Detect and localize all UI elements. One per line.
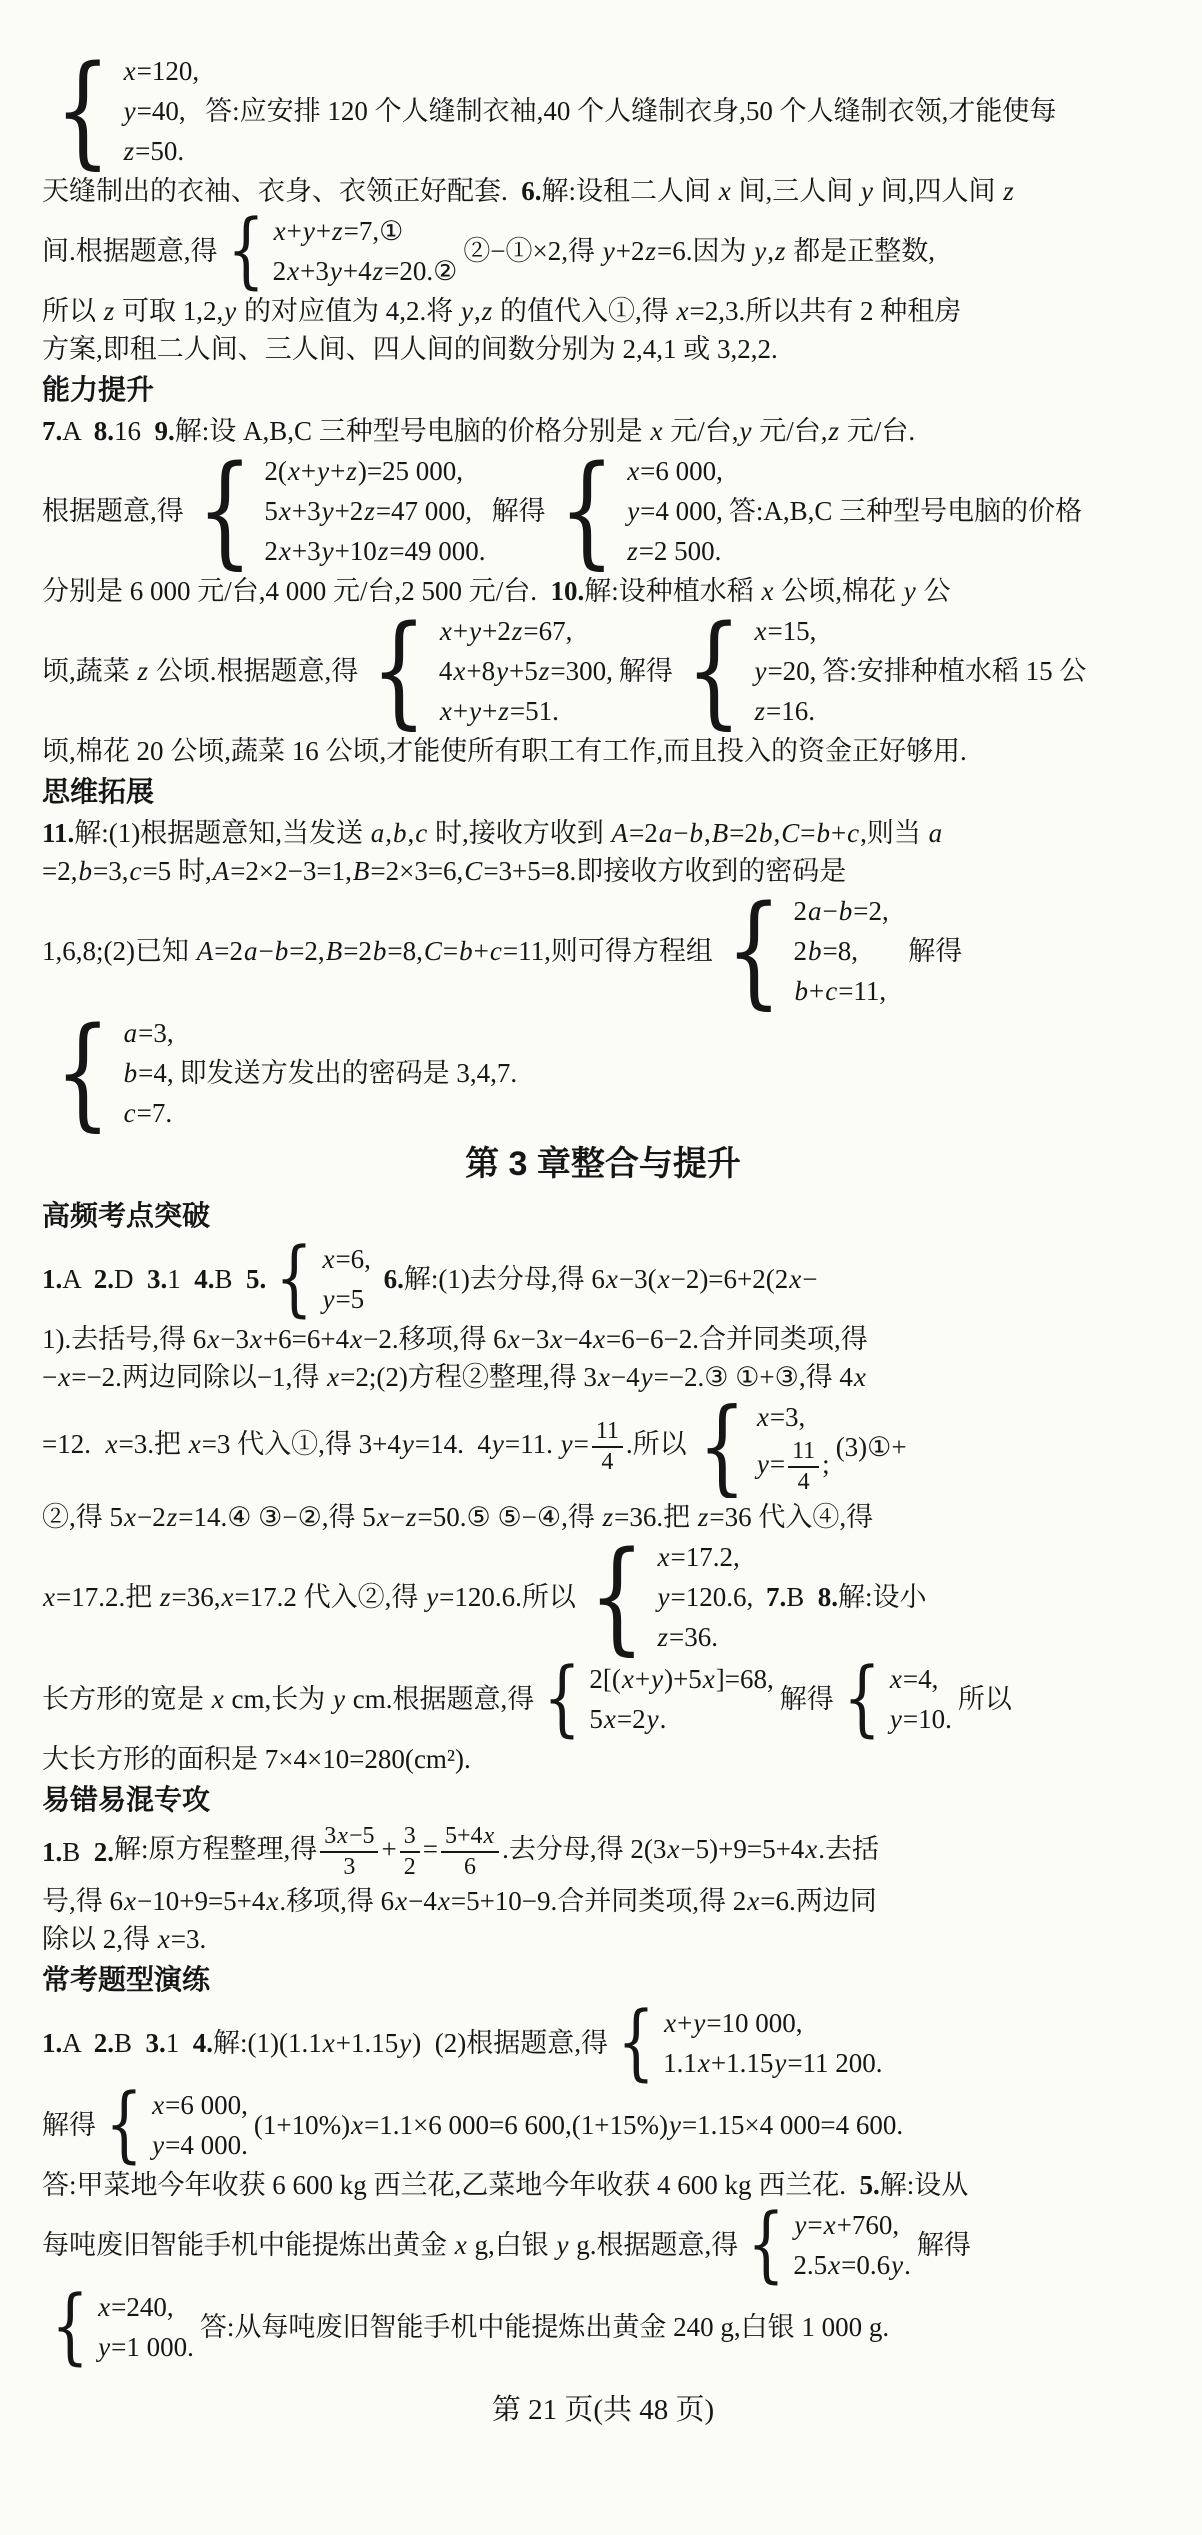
system-row: x+y+2z=67, (439, 611, 613, 651)
system-rows: 2[(x+y)+5x]=68,5x=2y. (589, 1659, 773, 1739)
text-line: 11.解:(1)根据题意知,当发送 a,b,c 时,接收方收到 A=2a−b,B… (42, 814, 1164, 852)
math-variable: y (302, 216, 316, 246)
problem-number: 4. (193, 2024, 213, 2062)
text-line: 1).去括号,得 6x−3x+6=6+4x−2.移项,得 6x−3x−4x=6−… (42, 1320, 1164, 1358)
system-rows: y=x+760,2.5x=0.6y. (793, 2205, 910, 2285)
text-run: B (114, 2024, 146, 2062)
system-row: 2b=8, (793, 931, 888, 971)
equation-system: {x=240,y=1 000. (44, 2287, 194, 2367)
math-run: =12. x=3.把 x=3 代入①,得 3+4y=14. 4y=11. y=1… (42, 1417, 687, 1477)
math-variable: x (249, 1324, 263, 1354)
math-variable: x (151, 2090, 165, 2120)
math-run: ②−①×2,得 y+2z=6.因为 y,z 都是正整数, (463, 232, 935, 270)
math-variable: y (223, 296, 237, 326)
text-run: 每吨废旧智能手机中能提炼出黄金 (42, 2226, 454, 2264)
problem-number: 2. (94, 2024, 114, 2062)
math-run: −x=−2.两边同除以−1,得 x=2;(2)方程②整理,得 3x−4y=−2.… (42, 1362, 867, 1392)
text-run: 解得 (492, 492, 546, 530)
math-variable: x (702, 1664, 716, 1694)
problem-number: 3. (147, 1260, 167, 1298)
math-variable: z (377, 536, 390, 566)
math-variable: x (349, 1324, 363, 1354)
system-row: x+y+z=7,① (273, 211, 458, 251)
math-variable: x (336, 1823, 349, 1849)
text-run: 间,四人间 (874, 176, 1002, 206)
equation-line: =12. x=3.把 x=3 代入①,得 3+4y=14. 4y=11. y=1… (42, 1396, 1164, 1498)
fraction-denominator: 4 (788, 1468, 819, 1497)
equation-system: {x=120,y=40,z=50. (44, 51, 199, 171)
system-row: y=20, (753, 651, 816, 691)
content: {x=120,y=40,z=50.答:应安排 120 个人缝制衣袖,40 个人缝… (0, 0, 1202, 2430)
system-row: x+y=10 000, (663, 2003, 882, 2043)
math-variable: y (626, 496, 640, 526)
math-run: x (718, 176, 732, 206)
math-variable: y (560, 1429, 574, 1459)
text-line: ②,得 5x−2z=14.④ ③−②,得 5x−z=50.⑤ ⑤−④,得 z=3… (42, 1498, 1164, 1536)
equation-line: 1.B 2.解:原方程整理,得3x−53+32=5+4x6.去分母,得 2(3x… (42, 1822, 1164, 1882)
math-variable: b (77, 856, 93, 886)
fraction: 32 (400, 1822, 420, 1882)
equation-line: 每吨废旧智能手机中能提炼出黄金 x g,白银 y g.根据题意,得{y=x+76… (42, 2204, 1164, 2286)
text-run: 解:设小 (838, 1578, 927, 1616)
text-run: A (62, 2024, 94, 2062)
math-variable: z (657, 1622, 670, 1652)
text-run: 答:A,B,C 三种型号电脑的价格 (729, 492, 1082, 530)
text-run: 长方形的宽是 (42, 1680, 211, 1718)
fraction-numerator: 11 (788, 1437, 819, 1468)
math-variable: c (489, 936, 503, 966)
system-row: y=4 000. (151, 2125, 248, 2165)
brace-glyph: { (748, 2208, 786, 2282)
text-run: 1,6,8;(2)已知 (42, 932, 196, 970)
text-run: 16 (114, 416, 155, 446)
system-rows: x+y+z=7,①2x+3y+4z=20.② (273, 211, 458, 291)
math-variable: x (452, 656, 466, 686)
text-line: 大长方形的面积是 7×4×10=280(cm²). (42, 1740, 1164, 1778)
text-run: 时, (171, 856, 212, 886)
math-variable: x (657, 1542, 671, 1572)
text-line: −x=−2.两边同除以−1,得 x=2;(2)方程②整理,得 3x−4y=−2.… (42, 1358, 1164, 1396)
math-variable: x (889, 1664, 903, 1694)
text-run: B (786, 1578, 818, 1616)
problem-number: 4. (194, 1260, 214, 1298)
problem-number: 7. (42, 416, 62, 446)
brace-glyph: { (105, 2088, 143, 2162)
math-variable: z (345, 456, 358, 486)
math-variable: x (804, 1834, 818, 1864)
brace-glyph: { (276, 1242, 314, 1316)
math-variable: y (468, 696, 482, 726)
math-variable: b (758, 818, 774, 848)
equation-line: 1,6,8;(2)已知 A=2a−b=2,B=2b=8,C=b+c=11,则可得… (42, 890, 1164, 1012)
fraction-denominator: 3 (320, 1853, 378, 1882)
system-row: 2.5x=0.6y. (793, 2245, 910, 2285)
math-variable: C (463, 856, 483, 886)
math-variable: x (718, 176, 732, 206)
equation-line: 1.A 2.D 3.1 4.B 5.{x=6,y=5 6.解:(1)去分母,得 … (42, 1238, 1164, 1320)
math-variable: x (321, 1244, 335, 1274)
system-row: y=10. (889, 1699, 952, 1739)
math-variable: y (401, 1429, 415, 1459)
math-variable: x (603, 1704, 617, 1734)
brace-glyph: { (371, 616, 427, 726)
section-heading: 能力提升 (42, 368, 1164, 412)
text-run: D (114, 1260, 147, 1298)
text-run: 解得 (42, 2106, 96, 2144)
math-run: 1).去括号,得 6x−3x+6=6+4x−2.移项,得 6x−3x−4x=6−… (42, 1324, 868, 1354)
brace-glyph: { (617, 2006, 655, 2080)
math-variable: b (807, 936, 823, 966)
math-variable: x (326, 1362, 340, 1392)
math-variable: x (697, 2048, 711, 2078)
math-run: y (860, 176, 874, 206)
system-row: x=6, (321, 1239, 370, 1279)
math-variable: y (316, 456, 330, 486)
equation-system: {a=3,b=4,c=7. (44, 1013, 174, 1133)
text-run: 解得 (619, 652, 673, 690)
text-run: 天缝制出的衣袖、衣身、衣领正好配套. (42, 176, 521, 206)
math-run: z (1002, 176, 1015, 206)
math-variable: z (697, 1502, 710, 1532)
math-variable: y (321, 536, 335, 566)
system-row: b=4, (123, 1053, 174, 1093)
system-row: y=1 000. (97, 2327, 194, 2367)
math-run: (1+10%)x=1.1×6 000=6 600,(1+15%)y=1.15×4… (254, 2106, 903, 2144)
text-run: cm,长为 (225, 1680, 332, 1718)
system-row: 5x+3y+2z=47 000, (264, 491, 485, 531)
math-variable: y (793, 2210, 807, 2240)
system-rows: x=17.2,y=120.6,z=36. (657, 1537, 754, 1657)
fraction: 5+4x6 (441, 1822, 499, 1882)
math-variable: A (212, 856, 231, 886)
system-rows: 2a−b=2,2b=8,b+c=11, (793, 891, 888, 1011)
math-variable: b (458, 936, 474, 966)
equation-line: 根据题意,得{2(x+y+z)=25 000,5x+3y+2z=47 000,2… (42, 450, 1164, 572)
math-variable: y (321, 496, 335, 526)
math-variable: z (828, 416, 841, 446)
equation-system: {x=6 000,y=4 000,z=2 500. (548, 451, 723, 571)
text-run: 公顷.根据题意,得 (149, 652, 358, 690)
system-row: x=4, (889, 1659, 952, 1699)
fraction-numerator: 11 (592, 1417, 623, 1448)
system-row: 2x+3y+4z=20.② (273, 251, 458, 291)
math-variable: c (824, 976, 838, 1006)
equation-line: {x=120,y=40,z=50.答:应安排 120 个人缝制衣袖,40 个人缝… (42, 50, 1164, 172)
system-row: y=114; (756, 1437, 830, 1497)
math-variable: a (807, 896, 823, 926)
math-run: z (137, 652, 150, 690)
system-rows: x=6 000,y=4 000,z=2 500. (626, 451, 723, 571)
brace-glyph: { (55, 1018, 111, 1128)
math-run: x (650, 416, 664, 446)
math-run: 号,得 6x−10+9=5+4x.移项,得 6x−4x=5+10−9.合并同类项… (42, 1886, 877, 1916)
brace-glyph: { (227, 214, 265, 288)
math-variable: x (597, 1362, 611, 1392)
math-variable: y (890, 2250, 904, 2280)
math-run: y (332, 1680, 346, 1718)
system-row: x=120, (123, 51, 199, 91)
brace-glyph: { (197, 456, 253, 566)
text-line: 方案,即租二人间、三人间、四人间的间数分别为 2,4,1 或 3,2,2. (42, 330, 1164, 368)
math-variable: y (495, 656, 509, 686)
math-variable: x (483, 1823, 496, 1849)
math-variable: y (123, 96, 137, 126)
text-run: 元/台, (753, 416, 828, 446)
equation-system: {x=4,y=10. (836, 1659, 952, 1739)
math-variable: x (761, 576, 775, 606)
math-variable: y (753, 656, 767, 686)
problem-number: 6. (521, 176, 541, 206)
problem-number: 2. (94, 1260, 114, 1298)
text-run: 1 (167, 1260, 194, 1298)
equation-line: {a=3,b=4,c=7.即发送方发出的密码是 3,4,7. (42, 1012, 1164, 1134)
math-run: A=2a−b,B=2b,C=b+c (610, 818, 860, 848)
equation-system: {x=17.2,y=120.6,z=36. (578, 1537, 753, 1657)
math-variable: b (372, 936, 388, 966)
text-run: 所以 (958, 1680, 1012, 1718)
system-rows: x=15,y=20,z=16. (753, 611, 816, 731)
math-run: x (211, 1680, 225, 1718)
system-row: c=7. (123, 1093, 174, 1133)
math-run: (3)①+ (836, 1428, 907, 1466)
system-rows: x=3,y=114; (756, 1397, 830, 1497)
math-variable: y (321, 1284, 335, 1314)
system-row: 4x+8y+5z=300, (439, 651, 613, 691)
math-variable: x (123, 1886, 137, 1916)
text-run: 解得 (780, 1680, 834, 1718)
fraction-numerator: 5+4x (441, 1822, 499, 1853)
math-variable: c (123, 1098, 137, 1128)
math-variable: b (838, 896, 854, 926)
math-variable: y (398, 2028, 412, 2058)
text-run: 元/台. (840, 416, 915, 446)
system-row: 2[(x+y)+5x]=68, (589, 1659, 773, 1699)
brace-glyph: { (51, 2290, 89, 2364)
equation-system: {2a−b=2,2b=8,b+c=11, (715, 891, 889, 1011)
math-variable: x (756, 1402, 770, 1432)
equation-system: {x=15,y=20,z=16. (675, 611, 817, 731)
system-row: y=4 000, (626, 491, 723, 531)
math-variable: y (640, 1362, 654, 1392)
text-run: 解得 (895, 932, 963, 970)
math-run: x (761, 576, 775, 606)
math-variable: a (243, 936, 259, 966)
math-variable: x (592, 1324, 606, 1354)
math-variable: c (414, 818, 428, 848)
equation-system: {2(x+y+z)=25 000,5x+3y+2z=47 000,2x+3y+1… (186, 451, 486, 571)
system-rows: a=3,b=4,c=7. (123, 1013, 174, 1133)
math-run: A=2×2−3=1,B=2×3=6,C=3+5=8. (212, 856, 577, 886)
math-variable: a (370, 818, 386, 848)
math-variable: x (650, 416, 664, 446)
system-row: x=6 000, (151, 2085, 248, 2125)
problem-number: 8. (94, 416, 114, 446)
math-run: x (454, 2226, 468, 2264)
math-variable: B (325, 936, 344, 966)
math-variable: x (853, 1362, 867, 1392)
scanned-answer-page: {x=120,y=40,z=50.答:应安排 120 个人缝制衣袖,40 个人缝… (0, 0, 1202, 2535)
math-run: =2,b=3,c=5 (42, 856, 171, 886)
math-run: y (903, 576, 917, 606)
text-run: 即发送方发出的密码是 3,4,7. (180, 1054, 518, 1092)
math-variable: y (753, 236, 767, 266)
math-variable: y (329, 256, 343, 286)
math-variable: y (692, 2008, 706, 2038)
text-run: 答:甲菜地今年收获 6 600 kg 西兰花,乙菜地今年收获 4 600 kg … (42, 2170, 860, 2200)
text-run: 解:设 A,B,C 三种型号电脑的价格分别是 (175, 416, 650, 446)
problem-number: 5. (246, 1260, 266, 1298)
math-variable: y (555, 2230, 569, 2260)
text-run: 时,接收方收到 (428, 818, 610, 848)
math-run: 大长方形的面积是 7×4×10=280( (42, 1744, 414, 1774)
equation-line: 间.根据题意,得{x+y+z=7,①2x+3y+4z=20.②②−①×2,得 y… (42, 210, 1164, 292)
math-variable: x (211, 1684, 225, 1714)
problem-number: 8. (818, 1578, 838, 1616)
text-run: B (215, 1260, 247, 1298)
math-variable: x (621, 1664, 635, 1694)
math-variable: x (104, 1429, 118, 1459)
math-variable: x (220, 1582, 234, 1612)
system-row: z=2 500. (626, 531, 723, 571)
math-variable: z (372, 256, 385, 286)
system-row: z=36. (657, 1617, 754, 1657)
text-run: 解:设租二人间 (542, 176, 718, 206)
equation-system: {2[(x+y)+5x]=68,5x=2y. (536, 1659, 774, 1739)
text-run: 答:从每吨废旧智能手机中能提炼出黄金 240 g,白银 1 000 g. (200, 2308, 889, 2346)
equation-system: {x+y+z=7,①2x+3y+4z=20.② (220, 211, 458, 291)
fraction-denominator: 4 (592, 1448, 623, 1477)
system-rows: x+y+2z=67,4x+8y+5z=300,x+y+z=51. (439, 611, 613, 731)
text-line: 所以 z 可取 1,2,y 的对应值为 4,2.将 y,z 的值代入①,得 x=… (42, 292, 1164, 330)
equation-line: 长方形的宽是 x cm,长为 y cm.根据题意,得{2[(x+y)+5x]=6… (42, 1658, 1164, 1740)
system-rows: x+y=10 000,1.1x+1.15y=11 200. (663, 2003, 882, 2083)
system-row: 1.1x+1.15y=11 200. (663, 2043, 882, 2083)
math-variable: x (394, 1886, 408, 1916)
math-variable: x (350, 2110, 364, 2140)
math-variable: x (188, 1429, 202, 1459)
system-row: z=50. (123, 131, 199, 171)
section-heading: 易错易混专攻 (42, 1778, 1164, 1822)
system-rows: x=6 000,y=4 000. (151, 2085, 248, 2165)
math-variable: z (1002, 176, 1015, 206)
math-variable: x (439, 616, 453, 646)
math-variable: x (123, 56, 137, 86)
text-run: cm.根据题意,得 (346, 1680, 534, 1718)
text-run: 答:安排种植水稻 15 公 (822, 652, 1086, 690)
system-row: a=3, (123, 1013, 174, 1053)
math-variable: x (278, 536, 292, 566)
math-variable: y (460, 296, 474, 326)
math-variable: x (42, 1582, 56, 1612)
system-rows: x=240,y=1 000. (97, 2287, 194, 2367)
math-variable: x (676, 296, 690, 326)
math-variable: y (657, 1582, 671, 1612)
text-line: 天缝制出的衣袖、衣身、衣领正好配套. 6.解:设租二人间 x 间,三人间 y 间… (42, 172, 1164, 210)
system-row: 2x+3y+10z=49 000. (264, 531, 485, 571)
math-variable: y (151, 2130, 165, 2160)
math-variable: a (658, 818, 674, 848)
math-variable: x (788, 1264, 802, 1294)
text-run: 元/台, (664, 416, 739, 446)
math-variable: x (57, 1362, 71, 1392)
math-run: 解:(1)(1.1x+1.15y) (2)根据题意,得 (213, 2024, 608, 2062)
math-variable: C (423, 936, 443, 966)
math-variable: z (497, 696, 510, 726)
problem-number: 7. (766, 1578, 786, 1616)
math-variable: A (196, 936, 215, 966)
text-run: cm² (414, 1744, 455, 1774)
math-run: y (555, 2226, 569, 2264)
math-run: 所以 z 可取 1,2,y 的对应值为 4,2.将 y,z 的值代入①,得 x=… (42, 296, 961, 326)
brace-glyph: { (589, 1542, 645, 1652)
math-variable: a (123, 1018, 139, 1048)
text-run: 公 (917, 576, 951, 606)
math-variable: y (739, 416, 753, 446)
math-variable: y (646, 1704, 660, 1734)
math-variable: z (123, 136, 136, 166)
math-variable: y (773, 2048, 787, 2078)
math-variable: z (626, 536, 639, 566)
text-run: 即接收方收到的密码是 (576, 856, 846, 886)
math-run: A=2a−b=2,B=2b=8,C=b+c=11 (196, 932, 544, 970)
text-run: 1 (166, 2024, 193, 2062)
problem-number: 5. (860, 2170, 880, 2200)
math-variable: y (903, 576, 917, 606)
equation-line: {x=240,y=1 000.答:从每吨废旧智能手机中能提炼出黄金 240 g,… (42, 2286, 1164, 2368)
problem-number: 3. (146, 2024, 166, 2062)
math-variable: B (352, 856, 371, 886)
system-row: x+y+z=51. (439, 691, 613, 731)
text-line: 7.A 8.16 9.解:设 A,B,C 三种型号电脑的价格分别是 x 元/台,… (42, 412, 1164, 450)
system-row: y=5 (321, 1279, 370, 1319)
math-variable: x (663, 2008, 677, 2038)
section-heading: 高频考点突破 (42, 1194, 1164, 1238)
math-variable: x (626, 456, 640, 486)
math-variable: z (538, 656, 551, 686)
brace-glyph: { (726, 896, 782, 1006)
fraction-denominator: 2 (400, 1853, 420, 1882)
brace-glyph: { (686, 616, 742, 726)
text-run: 解得 (917, 2226, 971, 2264)
system-rows: x=4,y=10. (889, 1659, 952, 1739)
math-variable: y (97, 2332, 111, 2362)
fraction: 114 (788, 1437, 819, 1497)
math-variable: y (889, 1704, 903, 1734)
math-variable: y (602, 236, 616, 266)
math-variable: z (481, 296, 494, 326)
math-variable: z (753, 696, 766, 726)
system-rows: 2(x+y+z)=25 000,5x+3y+2z=47 000,2x+3y+10… (264, 451, 485, 571)
text-run: g.根据题意,得 (569, 2226, 738, 2264)
math-run: ②,得 5x−2z=14.④ ③−②,得 5x−z=50.⑤ ⑤−④,得 z=3… (42, 1502, 873, 1532)
brace-glyph: { (698, 1400, 746, 1494)
math-variable: x (157, 1924, 171, 1954)
math-run: a,b,c (370, 818, 428, 848)
problem-number: 1. (42, 2024, 62, 2062)
fraction-numerator: 3 (400, 1822, 420, 1853)
math-run: 解:原方程整理,得3x−53+32=5+4x6.去分母,得 2(3x−5)+9=… (114, 1822, 879, 1882)
text-line: 答:甲菜地今年收获 6 600 kg 西兰花,乙菜地今年收获 4 600 kg … (42, 2166, 1164, 2204)
math-variable: y (332, 1684, 346, 1714)
math-variable: x (753, 616, 767, 646)
text-run (759, 1578, 766, 1616)
system-row: x=17.2, (657, 1537, 754, 1577)
math-variable: x (206, 1324, 220, 1354)
math-variable: b (274, 936, 290, 966)
math-variable: b (793, 976, 809, 1006)
text-run: ,则当 (860, 818, 928, 848)
math-run: z (828, 416, 841, 446)
